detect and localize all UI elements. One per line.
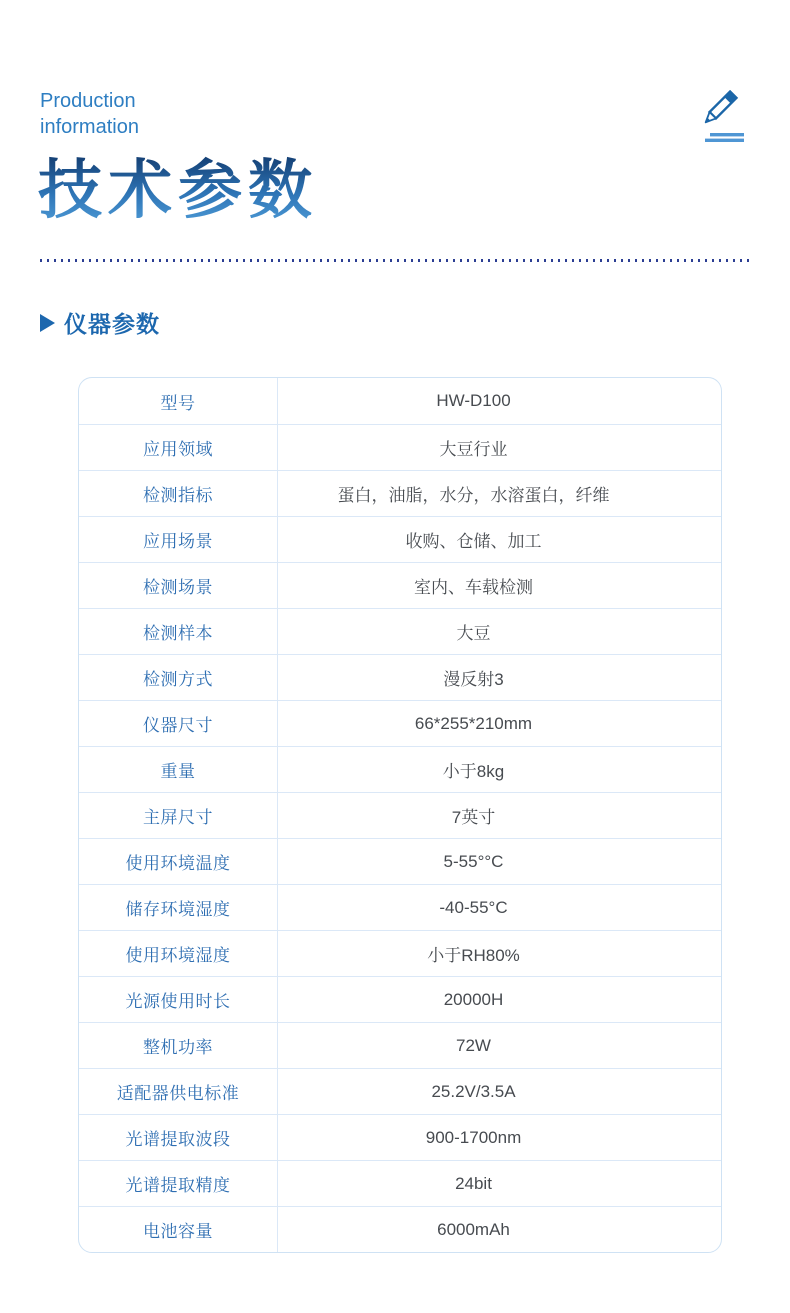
dotted-divider [40, 259, 750, 262]
spec-value: 漫反射3 [278, 655, 721, 700]
spec-label: 检测场景 [79, 563, 278, 608]
table-row: 检测方式 漫反射3 [79, 654, 721, 700]
page-title: 技术参数 [38, 156, 318, 225]
spec-label: 检测方式 [79, 655, 278, 700]
table-row: 应用领域 大豆行业 [79, 424, 721, 470]
spec-label: 储存环境湿度 [79, 885, 278, 930]
table-row: 整机功率 72W [79, 1022, 721, 1068]
table-row: 光谱提取精度 24bit [79, 1160, 721, 1206]
spec-value: -40-55°C [278, 885, 721, 930]
table-row: 检测指标 蛋白，油脂，水分，水溶蛋白，纤维 [79, 470, 721, 516]
spec-value: 20000H [278, 977, 721, 1022]
spec-label: 型号 [79, 378, 278, 424]
spec-label: 光源使用时长 [79, 977, 278, 1022]
spec-label: 适配器供电标准 [79, 1069, 278, 1114]
table-row: 主屏尺寸 7英寸 [79, 792, 721, 838]
spec-label: 使用环境温度 [79, 839, 278, 884]
spec-value: 小于RH80% [278, 931, 721, 976]
spec-label: 检测指标 [79, 471, 278, 516]
spec-value: 900-1700nm [278, 1115, 721, 1160]
table-row: 电池容量 6000mAh [79, 1206, 721, 1252]
table-row: 适配器供电标准 25.2V/3.5A [79, 1068, 721, 1114]
spec-value: 66*255*210mm [278, 701, 721, 746]
eyebrow-label: Production information [40, 88, 190, 140]
spec-value: 大豆 [278, 609, 721, 654]
table-row: 储存环境湿度 -40-55°C [79, 884, 721, 930]
spec-value: 6000mAh [278, 1207, 721, 1252]
spec-label: 重量 [79, 747, 278, 792]
table-row: 重量 小于8kg [79, 746, 721, 792]
table-row: 应用场景 收购、仓储、加工 [79, 516, 721, 562]
spec-value: 24bit [278, 1161, 721, 1206]
spec-value: 收购、仓储、加工 [278, 517, 721, 562]
spec-label: 使用环境湿度 [79, 931, 278, 976]
table-row: 使用环境温度 5-55°°C [79, 838, 721, 884]
table-row: 检测场景 室内、车载检测 [79, 562, 721, 608]
table-row: 光源使用时长 20000H [79, 976, 721, 1022]
section-title: 仪器参数 [64, 306, 160, 339]
table-row: 光谱提取波段 900-1700nm [79, 1114, 721, 1160]
spec-label: 检测样本 [79, 609, 278, 654]
spec-label: 光谱提取波段 [79, 1115, 278, 1160]
spec-label: 电池容量 [79, 1207, 278, 1252]
spec-label: 仪器尺寸 [79, 701, 278, 746]
spec-value: 大豆行业 [278, 425, 721, 470]
spec-table: 型号 HW-D100 应用领域 大豆行业 检测指标 蛋白，油脂，水分，水溶蛋白，… [78, 377, 722, 1253]
pencil-icon [692, 90, 748, 144]
triangle-right-icon [40, 314, 55, 332]
section-header: 仪器参数 [40, 306, 790, 339]
table-row: 检测样本 大豆 [79, 608, 721, 654]
spec-label: 光谱提取精度 [79, 1161, 278, 1206]
spec-label: 主屏尺寸 [79, 793, 278, 838]
product-info-page: Production information 技术参数 仪器参数 型号 HW-D… [0, 0, 790, 1313]
spec-value: 7英寸 [278, 793, 721, 838]
table-row: 型号 HW-D100 [79, 378, 721, 424]
spec-value: 5-55°°C [278, 839, 721, 884]
spec-value: 室内、车载检测 [278, 563, 721, 608]
spec-label: 应用场景 [79, 517, 278, 562]
page-header: Production information [0, 0, 790, 144]
table-row: 仪器尺寸 66*255*210mm [79, 700, 721, 746]
spec-value: 72W [278, 1023, 721, 1068]
table-row: 使用环境湿度 小于RH80% [79, 930, 721, 976]
spec-value: 蛋白，油脂，水分，水溶蛋白，纤维 [278, 471, 721, 516]
spec-label: 整机功率 [79, 1023, 278, 1068]
spec-value: 小于8kg [278, 747, 721, 792]
spec-label: 应用领域 [79, 425, 278, 470]
spec-value: HW-D100 [278, 378, 721, 424]
spec-value: 25.2V/3.5A [278, 1069, 721, 1114]
